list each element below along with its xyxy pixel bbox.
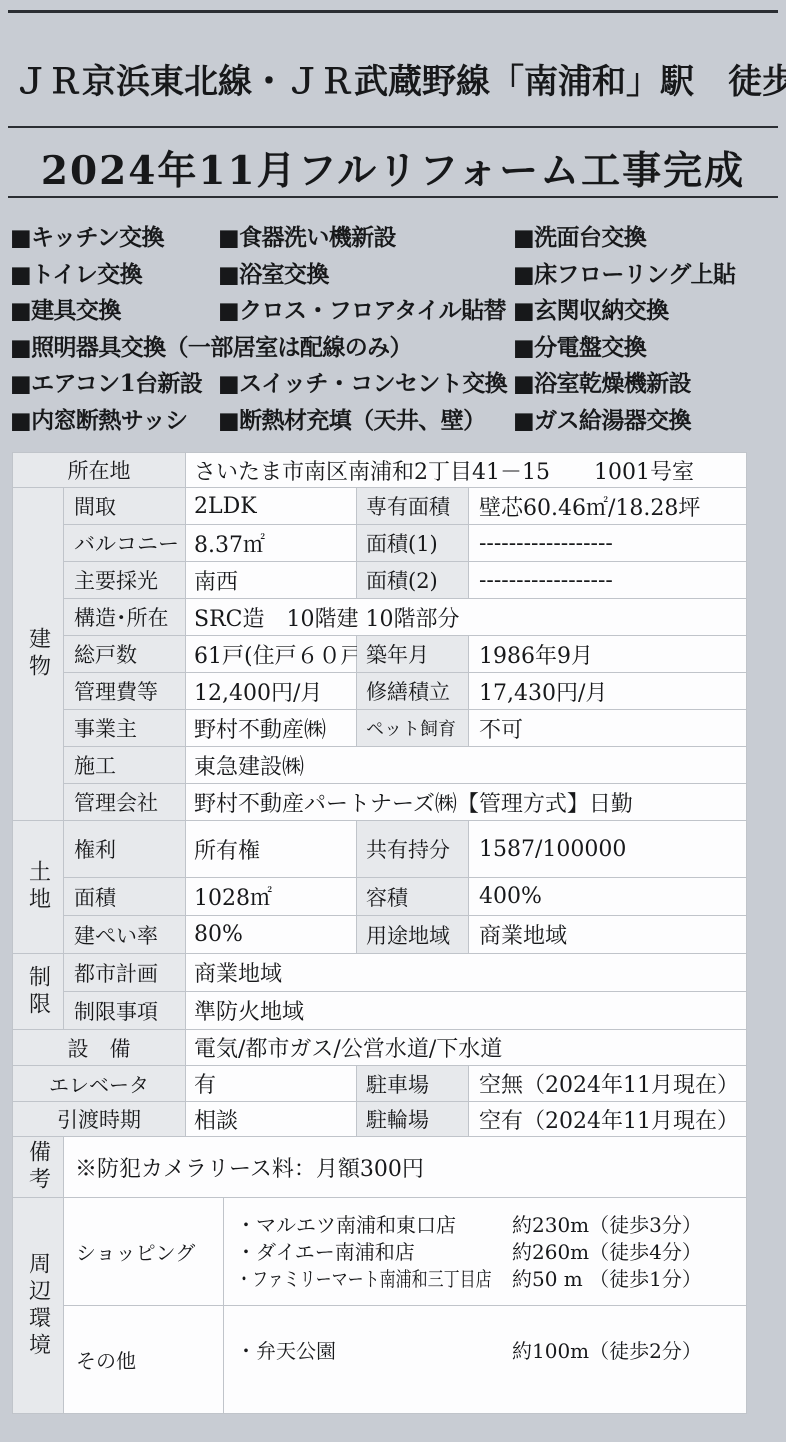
area1-label: 面積(1) [357, 525, 468, 561]
exclusive-area-label: 専有面積 [357, 488, 468, 524]
handover-value: 相談 [186, 1102, 356, 1136]
feature-item: ■断熱材充填（天井、壁） [218, 403, 513, 440]
poi-distance: 約260m（徒歩4分） [512, 1239, 702, 1266]
poi-line: ・ファミリーマート南浦和三丁目店 約50 m （徒歩1分） [236, 1266, 746, 1293]
station-access-title: ＪＲ京浜東北線・ＪＲ武蔵野線「南浦和」駅 徒歩5分 [14, 54, 774, 103]
mgmt-fee-label: 管理費等 [64, 673, 185, 709]
feature-item: ■浴室乾燥機新設 [513, 366, 776, 403]
renovation-feature-list: ■キッチン交換 ■食器洗い機新設 ■洗面台交換 ■トイレ交換 ■浴室交換 ■床フ… [10, 220, 776, 439]
structure-label: 構造･所在 [64, 599, 185, 635]
feature-item: ■洗面台交換 [513, 220, 776, 257]
mgmt-company-value: 野村不動産パートナーズ㈱【管理方式】日勤 [186, 784, 746, 820]
property-spec-table: 所在地 さいたま市南区南浦和2丁目41－15 1001号室 建物 間取 2LDK… [12, 452, 747, 1414]
restriction-group-label: 制限 [13, 954, 63, 1029]
elevator-value: 有 [186, 1066, 356, 1101]
feature-item: ■建具交換 [10, 293, 218, 330]
shopping-items: ・マルエツ南浦和東口店 約230m（徒歩3分） ・ダイエー南浦和店 約260m（… [224, 1198, 746, 1305]
feature-item: ■クロス・フロアタイル貼替 [218, 293, 513, 330]
bicycle-parking-label: 駐輪場 [357, 1102, 468, 1136]
land-section: 土地 権利 所有権 共有持分 1587/100000 面積 1028㎡ 容積 4… [13, 821, 746, 953]
repair-fund-value: 17,430円/月 [469, 673, 746, 709]
zoning-value: 商業地域 [469, 916, 746, 953]
land-group-label: 土地 [13, 821, 63, 953]
feature-row: ■トイレ交換 ■浴室交換 ■床フローリング上貼 [10, 257, 776, 294]
remarks-group-label: 備考 [13, 1137, 63, 1197]
bottom-divider [8, 196, 778, 198]
feature-row: ■キッチン交換 ■食器洗い機新設 ■洗面台交換 [10, 220, 776, 257]
daylight-label: 主要採光 [64, 562, 185, 598]
poi-name: ・ダイエー南浦和店 [236, 1239, 512, 1266]
land-area-label: 面積 [64, 878, 185, 915]
feature-item: ■玄関収納交換 [513, 293, 776, 330]
feature-item: ■内窓断熱サッシ [10, 403, 218, 440]
feature-item: ■エアコン1台新設 [10, 366, 218, 403]
shared-interest-label: 共有持分 [357, 821, 468, 877]
floorplan-value: 2LDK [186, 488, 356, 524]
feature-item: ■ガス給湯器交換 [513, 403, 776, 440]
location-section: 所在地 さいたま市南区南浦和2丁目41－15 1001号室 [13, 453, 746, 487]
poi-line: ・ダイエー南浦和店 約260m（徒歩4分） [236, 1239, 746, 1266]
coverage-value: 80% [186, 916, 356, 953]
shopping-label: ショッピング [64, 1198, 223, 1305]
restriction-section: 制限 都市計画 商業地域 制限事項 準防火地域 [13, 954, 746, 1029]
bicycle-parking-value: 空有（2024年11月現在） [469, 1102, 746, 1136]
poi-distance: 約50 m （徒歩1分） [512, 1266, 702, 1293]
zoning-label: 用途地域 [357, 916, 468, 953]
rights-label: 権利 [64, 821, 185, 877]
poi-line: ・マルエツ南浦和東口店 約230m（徒歩3分） [236, 1212, 746, 1239]
restriction-item-label: 制限事項 [64, 992, 185, 1029]
poi-line: ・弁天公園 約100m（徒歩2分） [236, 1338, 746, 1365]
top-divider [8, 10, 778, 13]
pet-value: 不可 [469, 710, 746, 746]
developer-label: 事業主 [64, 710, 185, 746]
remarks-section: 備考 ※防犯カメラリース料：月額300円 [13, 1137, 746, 1197]
built-date-value: 1986年9月 [469, 636, 746, 672]
surroundings-group-label: 周辺環境 [13, 1198, 63, 1413]
feature-item: ■照明器具交換（一部居室は配線のみ） [10, 330, 513, 367]
feature-item: ■分電盤交換 [513, 330, 776, 367]
rights-value: 所有権 [186, 821, 356, 877]
mgmt-company-label: 管理会社 [64, 784, 185, 820]
city-plan-label: 都市計画 [64, 954, 185, 991]
total-units-label: 総戸数 [64, 636, 185, 672]
feature-row: ■エアコン1台新設 ■スイッチ・コンセント交換 ■浴室乾燥機新設 [10, 366, 776, 403]
total-units-value: 61戸(住戸６０戸) [186, 636, 356, 672]
built-date-label: 築年月 [357, 636, 468, 672]
poi-name: ・弁天公園 [236, 1338, 512, 1365]
poi-name: ・ファミリーマート南浦和三丁目店 [236, 1266, 457, 1293]
feature-item: ■キッチン交換 [10, 220, 218, 257]
other-label: その他 [64, 1306, 223, 1413]
utility-value: 電気/都市ガス/公営水道/下水道 [186, 1030, 746, 1065]
handover-label: 引渡時期 [13, 1102, 185, 1136]
builder-value: 東急建設㈱ [186, 747, 746, 783]
restriction-item-value: 準防火地域 [186, 992, 746, 1029]
remarks-value: ※防犯カメラリース料：月額300円 [64, 1137, 746, 1197]
utility-label: 設 備 [13, 1030, 185, 1065]
daylight-value: 南西 [186, 562, 356, 598]
poi-distance: 約100m（徒歩2分） [512, 1338, 702, 1365]
far-value: 400% [469, 878, 746, 915]
developer-value: 野村不動産㈱ [186, 710, 356, 746]
exclusive-area-value: 壁芯60.46㎡/18.28坪 [469, 488, 746, 524]
elevator-label: エレベータ [13, 1066, 185, 1101]
feature-row: ■建具交換 ■クロス・フロアタイル貼替 ■玄関収納交換 [10, 293, 776, 330]
floorplan-label: 間取 [64, 488, 185, 524]
area2-label: 面積(2) [357, 562, 468, 598]
repair-fund-label: 修繕積立 [357, 673, 468, 709]
feature-row: ■照明器具交換（一部居室は配線のみ） ■分電盤交換 [10, 330, 776, 367]
balcony-value: 8.37㎡ [186, 525, 356, 561]
coverage-label: 建ぺい率 [64, 916, 185, 953]
city-plan-value: 商業地域 [186, 954, 746, 991]
structure-value: SRC造 10階建 10階部分 [186, 599, 746, 635]
area1-value: ------------------ [469, 525, 746, 561]
utility-section: 設 備 電気/都市ガス/公営水道/下水道 エレベータ 有 駐車場 空無（2024… [13, 1030, 746, 1136]
feature-row: ■内窓断熱サッシ ■断熱材充填（天井、壁） ■ガス給湯器交換 [10, 403, 776, 440]
poi-name: ・マルエツ南浦和東口店 [236, 1212, 512, 1239]
feature-item: ■スイッチ・コンセント交換 [218, 366, 513, 403]
building-group-label: 建物 [13, 488, 63, 820]
far-label: 容積 [357, 878, 468, 915]
builder-label: 施工 [64, 747, 185, 783]
parking-value: 空無（2024年11月現在） [469, 1066, 746, 1101]
balcony-label: バルコニー [64, 525, 185, 561]
parking-label: 駐車場 [357, 1066, 468, 1101]
feature-item: ■床フローリング上貼 [513, 257, 776, 294]
location-value: さいたま市南区南浦和2丁目41－15 1001号室 [186, 453, 746, 487]
area2-value: ------------------ [469, 562, 746, 598]
feature-item: ■浴室交換 [218, 257, 513, 294]
location-label: 所在地 [13, 453, 185, 487]
feature-item: ■食器洗い機新設 [218, 220, 513, 257]
feature-item: ■トイレ交換 [10, 257, 218, 294]
land-area-value: 1028㎡ [186, 878, 356, 915]
mgmt-fee-value: 12,400円/月 [186, 673, 356, 709]
renovation-title: 2024年11月フルリフォーム工事完成 [0, 140, 786, 196]
other-items: ・弁天公園 約100m（徒歩2分） [224, 1306, 746, 1413]
building-section: 建物 間取 2LDK 専有面積 壁芯60.46㎡/18.28坪 バルコニー 8.… [13, 488, 746, 820]
pet-label: ペット飼育 [357, 710, 468, 746]
poi-distance: 約230m（徒歩3分） [512, 1212, 702, 1239]
mid-divider [8, 126, 778, 128]
shared-interest-value: 1587/100000 [469, 821, 746, 877]
surroundings-section: 周辺環境 ショッピング ・マルエツ南浦和東口店 約230m（徒歩3分） ・ダイエ… [13, 1198, 746, 1413]
